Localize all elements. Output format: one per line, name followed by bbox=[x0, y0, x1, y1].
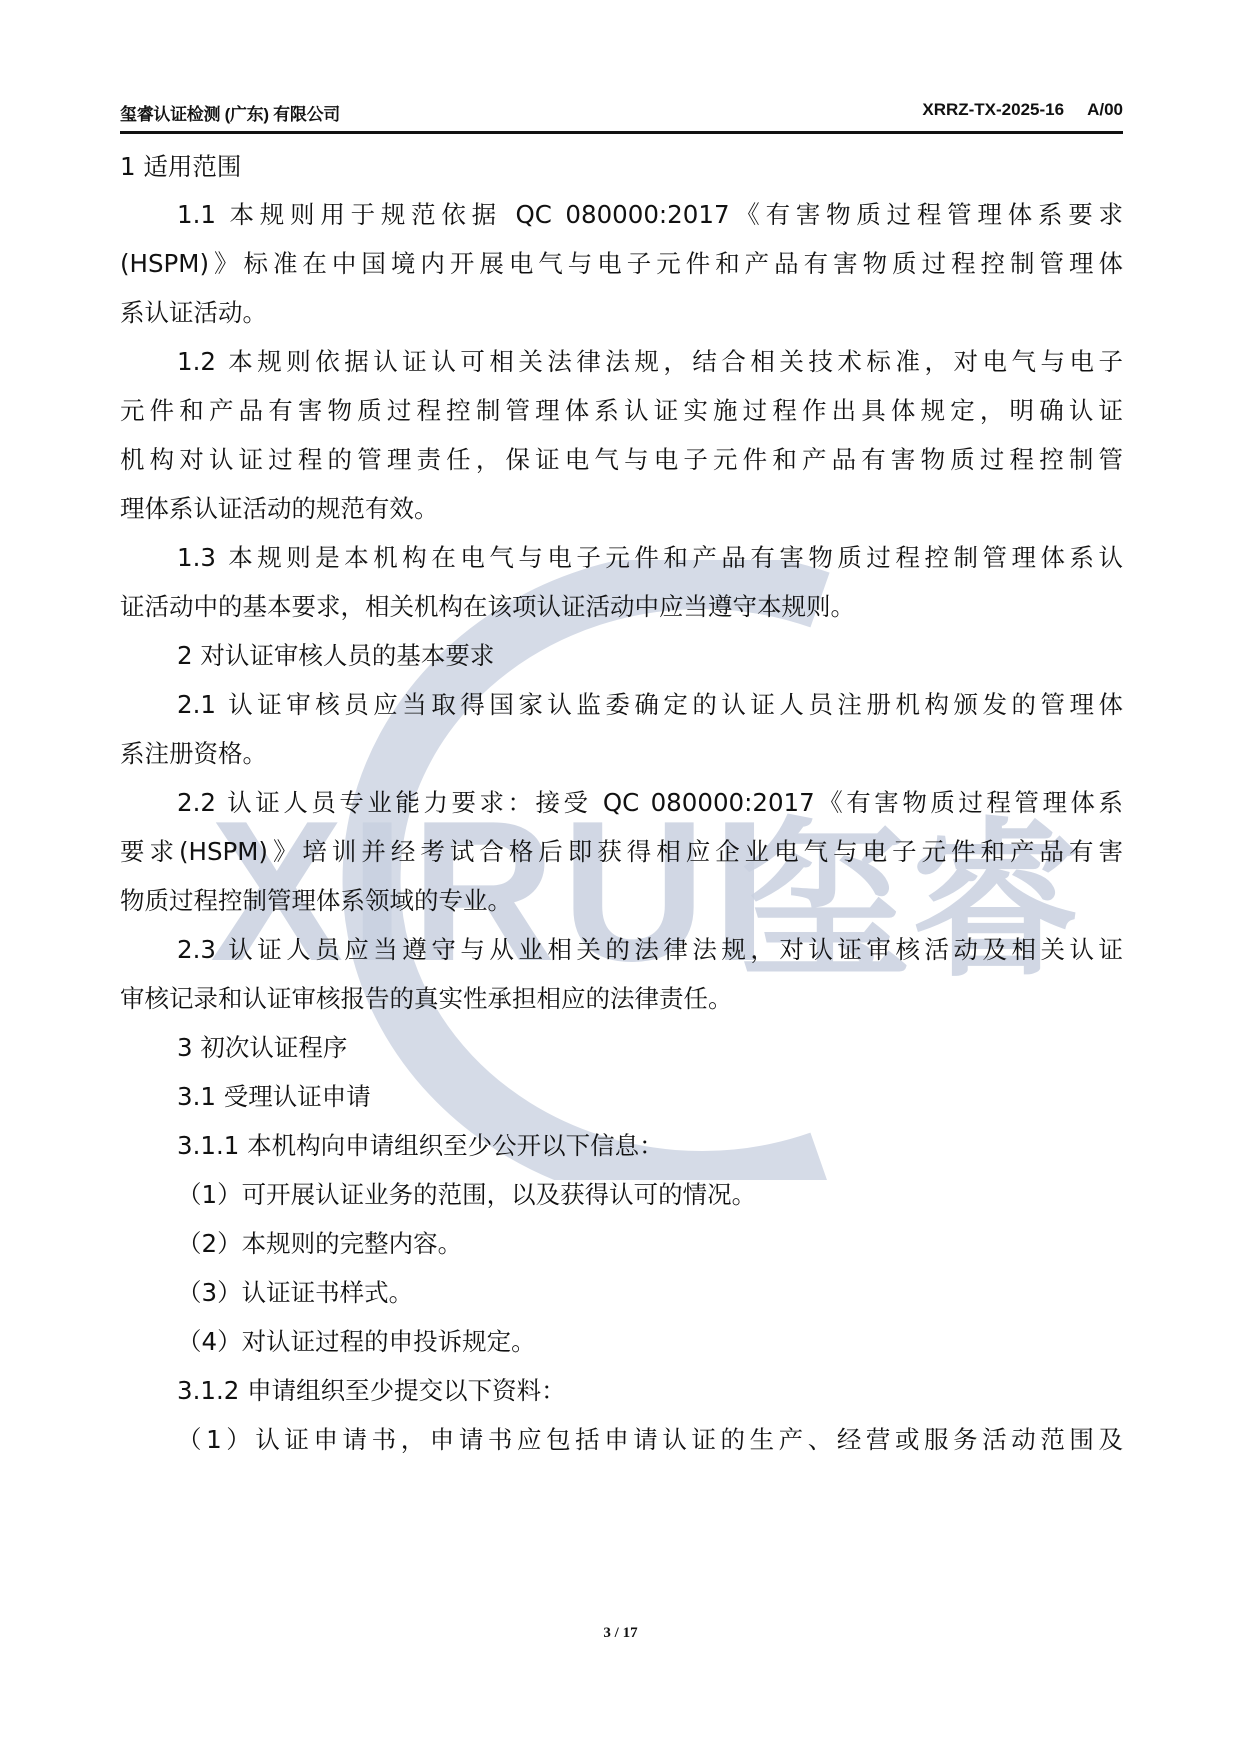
text-line: （4）对认证过程的申投诉规定。 bbox=[177, 1325, 536, 1359]
text-line: （3）认证证书样式。 bbox=[177, 1276, 413, 1310]
text-line: 2 对认证审核人员的基本要求 bbox=[177, 639, 494, 673]
document-code: XRRZ-TX-2025-16 bbox=[922, 100, 1064, 119]
text-line: 2.3 认证人员应当遵守与从业相关的法律法规，对认证审核活动及相关认证 bbox=[177, 933, 1123, 967]
text-line: （2）本规则的完整内容。 bbox=[177, 1227, 462, 1261]
svg-text:玺睿: 玺睿 bbox=[740, 803, 1080, 1001]
company-name: 玺睿认证检测 (广东) 有限公司 bbox=[120, 100, 340, 125]
page-header: 玺睿认证检测 (广东) 有限公司 XRRZ-TX-2025-16 A/00 bbox=[120, 100, 1123, 130]
text-line: 系认证活动。 bbox=[120, 296, 267, 330]
text-line: 1.2 本规则依据认证认可相关法律法规，结合相关技术标准，对电气与电子 bbox=[177, 345, 1123, 379]
text-line: 元件和产品有害物质过程控制管理体系认证实施过程作出具体规定，明确认证 bbox=[120, 394, 1123, 428]
page-number: 3 / 17 bbox=[0, 1625, 1241, 1642]
text-line: 3 初次认证程序 bbox=[177, 1031, 347, 1065]
text-line: 2.1 认证审核员应当取得国家认监委确定的认证人员注册机构颁发的管理体 bbox=[177, 688, 1123, 722]
text-line: 3.1 受理认证申请 bbox=[177, 1080, 371, 1114]
text-line: 1 适用范围 bbox=[120, 150, 241, 184]
text-line: 机构对认证过程的管理责任，保证电气与电子元件和产品有害物质过程控制管 bbox=[120, 443, 1123, 477]
text-line: 证活动中的基本要求，相关机构在该项认证活动中应当遵守本规则。 bbox=[120, 590, 855, 624]
text-line: 审核记录和认证审核报告的真实性承担相应的法律责任。 bbox=[120, 982, 733, 1016]
text-line: 系注册资格。 bbox=[120, 737, 267, 771]
text-line: 1.3 本规则是本机构在电气与电子元件和产品有害物质过程控制管理体系认 bbox=[177, 541, 1123, 575]
document-code-version: XRRZ-TX-2025-16 A/00 bbox=[922, 100, 1123, 120]
text-line: (HSPM)》标准在中国境内开展电气与电子元件和产品有害物质过程控制管理体 bbox=[120, 247, 1123, 281]
text-line: 要求(HSPM)》培训并经考试合格后即获得相应企业电气与电子元件和产品有害 bbox=[120, 835, 1123, 869]
text-line: 1.1 本规则用于规范依据 QC 080000:2017《有害物质过程管理体系要… bbox=[177, 198, 1123, 232]
header-divider bbox=[120, 131, 1123, 134]
text-line: 3.1.1 本机构向申请组织至少公开以下信息： bbox=[177, 1129, 664, 1163]
text-line: 理体系认证活动的规范有效。 bbox=[120, 492, 439, 526]
text-line: 2.2 认证人员专业能力要求：接受 QC 080000:2017《有害物质过程管… bbox=[177, 786, 1123, 820]
text-line: 物质过程控制管理体系领域的专业。 bbox=[120, 884, 512, 918]
text-line: （1）可开展认证业务的范围，以及获得认可的情况。 bbox=[177, 1178, 756, 1212]
document-version: A/00 bbox=[1087, 100, 1123, 119]
text-line: 3.1.2 申请组织至少提交以下资料： bbox=[177, 1374, 566, 1408]
text-line: （1）认证申请书，申请书应包括申请认证的生产、经营或服务活动范围及 bbox=[177, 1423, 1123, 1457]
